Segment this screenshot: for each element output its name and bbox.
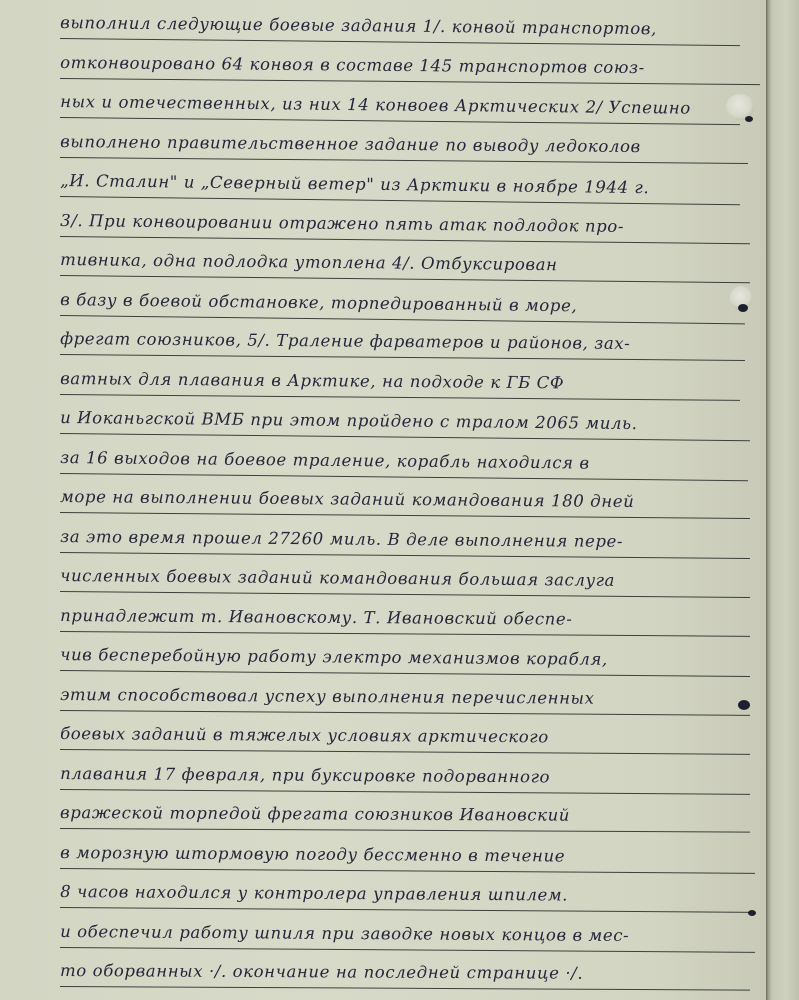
binding-edge (766, 0, 799, 1000)
text-line: в базу в боевой обстановке, торпедирован… (60, 285, 745, 324)
text-line: этим способствовал успеху выполнения пер… (60, 680, 750, 716)
text-line: численных боевых заданий командования бо… (60, 561, 750, 598)
text-line: боевых заданий в тяжелых условиях арктич… (60, 719, 750, 755)
text-line: принадлежит т. Ивановскому. Т. Ивановски… (60, 601, 750, 637)
text-line: за 16 выходов на боевое траление, корабл… (60, 443, 748, 481)
text-line: отконвоировано 64 конвоя в составе 145 т… (60, 48, 760, 85)
text-line: „И. Сталин" и „Северный ветер" из Арктик… (60, 166, 740, 205)
text-line: то оборванных ·/. окончание на последней… (60, 956, 750, 991)
ink-blot (745, 116, 753, 122)
text-line: выполнено правительственное задание по в… (60, 127, 748, 164)
text-line: 3/. При конвоировании отражено пять атак… (60, 206, 750, 244)
text-line: тивника, одна подлодка утоплена 4/. Отбу… (60, 245, 750, 283)
text-line: ватных для плавания в Арктике, на подход… (60, 364, 740, 401)
text-line: и Иоканьгской ВМБ при этом пройдено с тр… (60, 403, 750, 441)
text-line: за это время прошел 27260 миль. В деле в… (60, 522, 750, 559)
document-page: выполнил следующие боевые задания 1/. ко… (0, 0, 768, 1000)
text-line: выполнил следующие боевые задания 1/. ко… (60, 8, 740, 46)
text-line: ных и отечественных, из них 14 конвоев А… (60, 87, 740, 125)
text-line: чив бесперебойную работу электро механиз… (60, 640, 750, 677)
text-line: плавания 17 февраля, при буксировке подо… (60, 759, 750, 795)
text-line: 8 часов находился у контролера управлени… (60, 877, 755, 913)
ink-blot (738, 700, 750, 710)
ink-blot (748, 910, 756, 916)
text-line: в морозную штормовую погоду бессменно в … (60, 838, 755, 874)
text-line: море на выполнении боевых заданий команд… (60, 482, 750, 519)
ink-blot (738, 304, 748, 312)
text-line: и обеспечил работу шпиля при заводке нов… (60, 917, 755, 953)
text-line: вражеской торпедой фрегата союзников Ива… (60, 798, 750, 833)
text-line: фрегат союзников, 5/. Траление фарватеро… (60, 324, 745, 361)
